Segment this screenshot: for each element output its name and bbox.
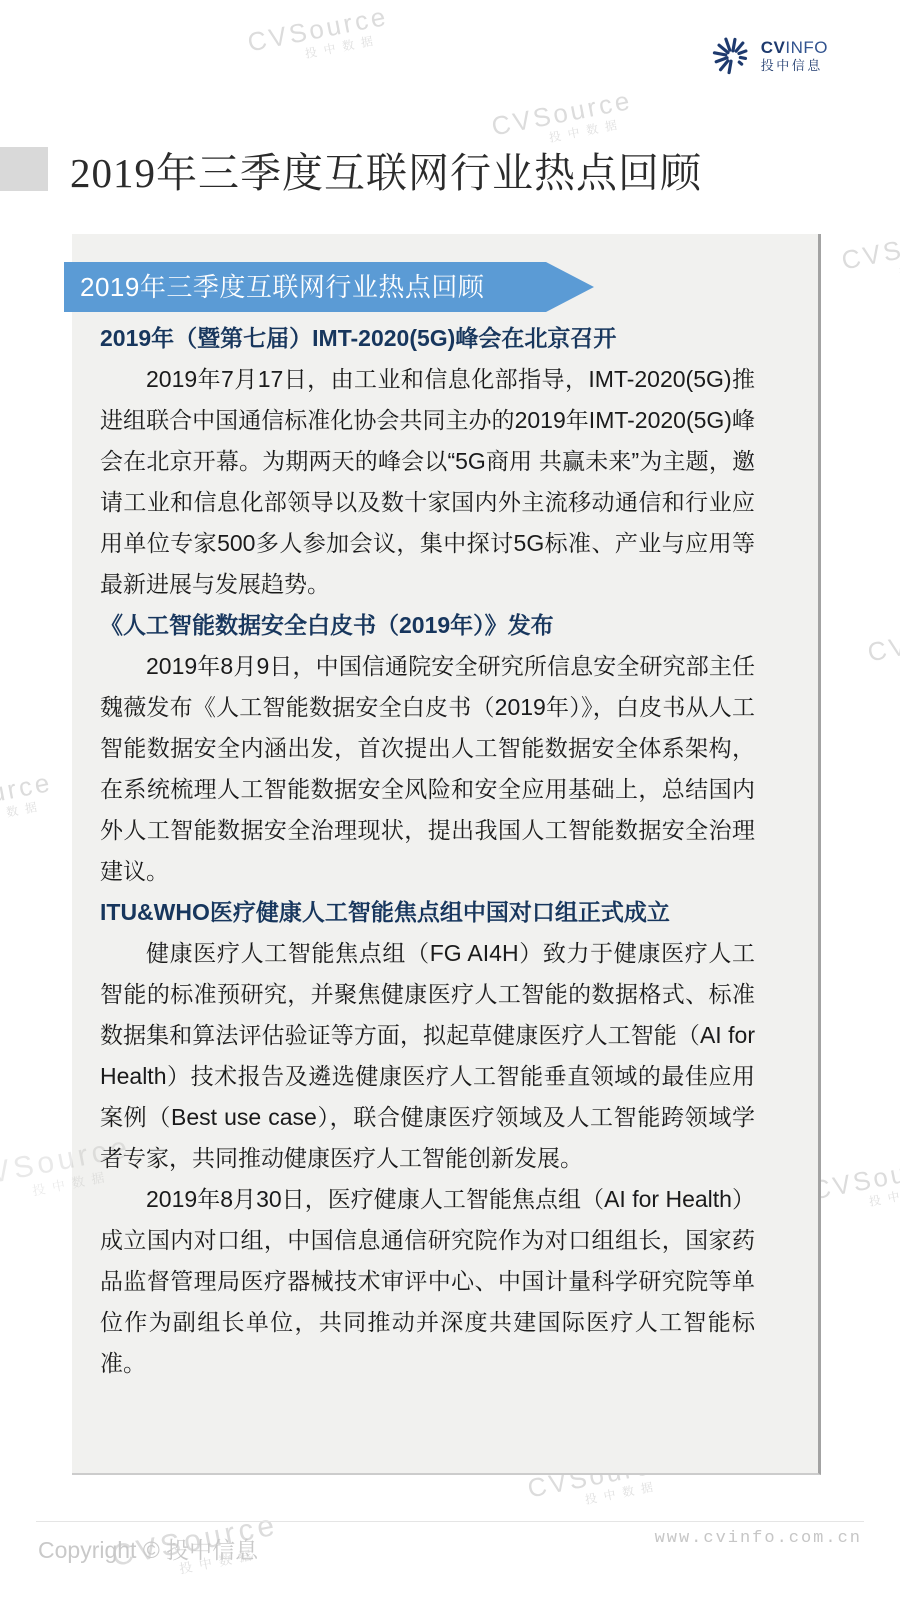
logo-info: INFO <box>785 38 828 57</box>
body-paragraph: 2019年7月17日，由工业和信息化部指导，IMT-2020(5G)推进组联合中… <box>100 359 755 605</box>
report-page: { "logo": { "brand_cv": "CV", "brand_inf… <box>0 0 900 1600</box>
cvinfo-logo: CVINFO 投中信息 <box>712 36 828 76</box>
section-heading: 2019年（暨第七届）IMT-2020(5G)峰会在北京召开 <box>100 318 755 359</box>
footer-divider <box>36 1521 864 1522</box>
logo-wordmark: CVINFO <box>761 39 828 58</box>
section-heading: ITU&WHO医疗健康人工智能焦点组中国对口组正式成立 <box>100 892 755 933</box>
logo-text: CVINFO 投中信息 <box>761 39 828 74</box>
cvsource-watermark: CVSource 投中数据 <box>0 767 57 838</box>
body-paragraph: 2019年8月9日，中国信通院安全研究所信息安全研究部主任魏薇发布《人工智能数据… <box>100 646 755 892</box>
logo-chinese-name: 投中信息 <box>761 59 828 73</box>
title-accent-bar <box>0 147 48 191</box>
cvsource-watermark: CVSource 投中数据 <box>245 1 393 72</box>
watermark-brand: CVSource <box>839 219 900 277</box>
footer-copyright: Copyright © 投中信息 <box>38 1532 258 1565</box>
cvsource-watermark: CVSource 投中数据 <box>865 611 900 682</box>
cvinfo-burst-icon <box>712 36 752 76</box>
cvsource-watermark: CVSource 投中数据 <box>839 219 900 290</box>
article-body: 2019年（暨第七届）IMT-2020(5G)峰会在北京召开2019年7月17日… <box>100 318 755 1384</box>
section-banner: 2019年三季度互联网行业热点回顾 <box>64 262 594 312</box>
cvsource-watermark: CVSource 投中数据 <box>809 1149 900 1220</box>
logo-cv: CV <box>761 38 786 57</box>
watermark-brand: CVSource <box>865 611 900 669</box>
footer-url: www.cvinfo.com.cn <box>655 1529 862 1548</box>
body-paragraph: 2019年8月30日，医疗健康人工智能焦点组（AI for Health）成立国… <box>100 1179 755 1384</box>
body-paragraph: 健康医疗人工智能焦点组（FG AI4H）致力于健康医疗人工智能的标准预研究，并聚… <box>100 933 755 1179</box>
section-heading: 《人工智能数据安全白皮书（2019年）》发布 <box>100 605 755 646</box>
page-title: 2019年三季度互联网行业热点回顾 <box>70 140 702 199</box>
